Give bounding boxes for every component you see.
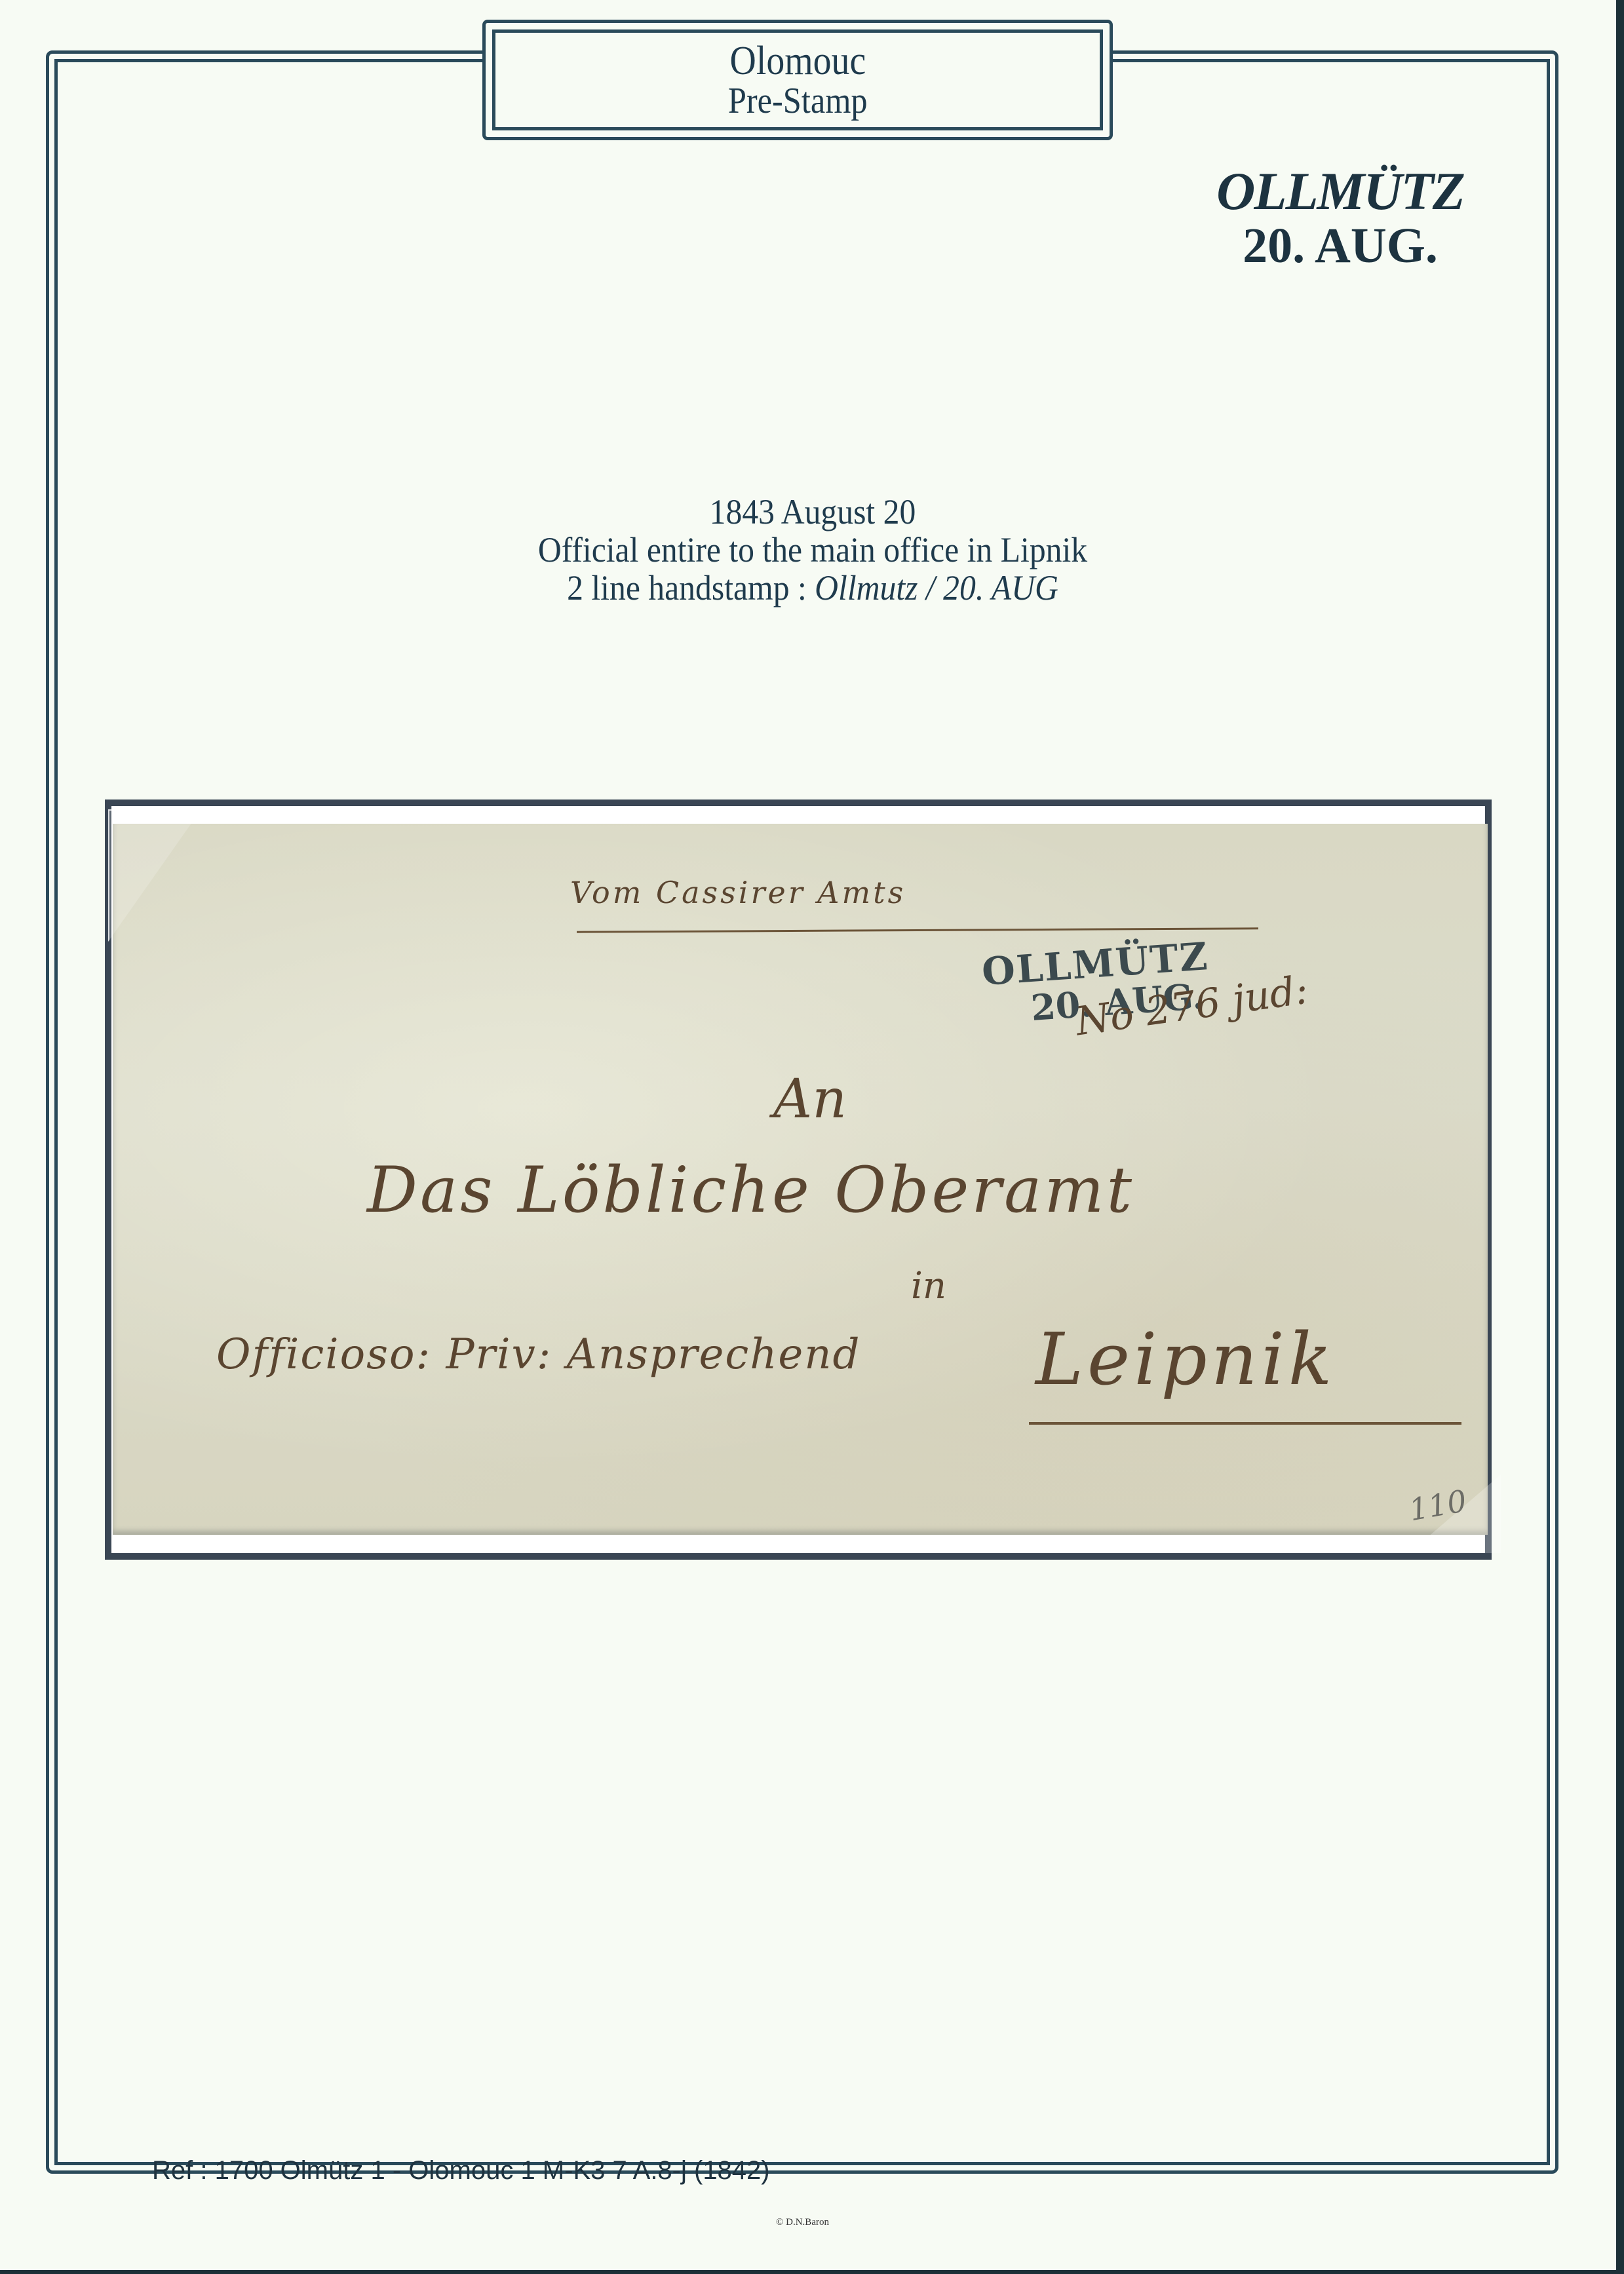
description-date: 1843 August 20	[427, 493, 1199, 531]
handstamp-repro-line1: OLLMÜTZ	[1203, 164, 1478, 219]
copyright: © D.N.Baron	[776, 2217, 829, 2228]
scan-edge	[0, 2270, 1624, 2274]
description: 1843 August 20 Official entire to the ma…	[393, 493, 1232, 607]
handstamp-reproduction: OLLMÜTZ 20. AUG.	[1203, 164, 1478, 273]
description-summary: Official entire to the main office in Li…	[427, 531, 1199, 569]
title-box-inner: Olomouc Pre-Stamp	[492, 29, 1103, 130]
handstamp-text: Ollmutz / 20. AUG	[815, 568, 1058, 607]
destination-underline	[1029, 1422, 1461, 1425]
page-subtitle: Pre-Stamp	[728, 82, 868, 120]
reference-text: Ref : 1700 Olmütz 1 - Olomouc 1 M-K3 7 A…	[152, 2156, 770, 2186]
title-box: Olomouc Pre-Stamp	[482, 20, 1113, 140]
handstamp-label: 2 line handstamp :	[567, 568, 815, 607]
description-handstamp: 2 line handstamp : Ollmutz / 20. AUG	[427, 569, 1199, 607]
manuscript-official-note: Officioso: Priv: Ansprechend	[216, 1330, 860, 1379]
manuscript-destination: Leipnik	[1035, 1317, 1336, 1401]
page-title: Olomouc	[729, 40, 866, 82]
manuscript-address: Das Löbliche Oberamt	[367, 1153, 1134, 1227]
manuscript-in: in	[911, 1265, 946, 1307]
manuscript-sender: Vom Cassirer Amts	[570, 875, 906, 910]
handstamp-repro-line2: 20. AUG.	[1203, 219, 1478, 273]
manuscript-an: An	[773, 1068, 847, 1130]
scan-edge	[1616, 0, 1624, 2274]
